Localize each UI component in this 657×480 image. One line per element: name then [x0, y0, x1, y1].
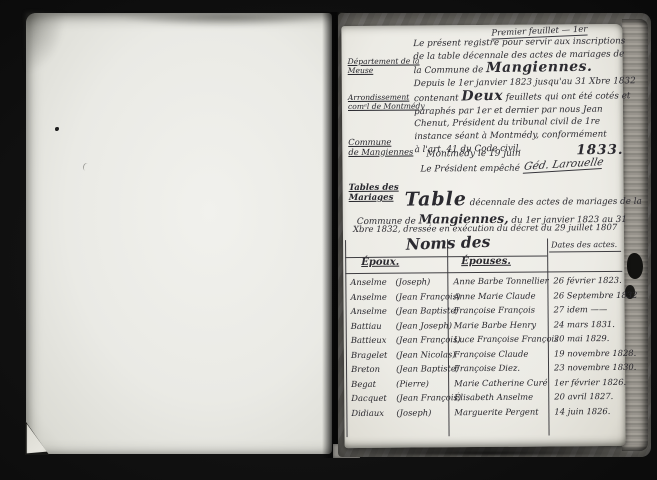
- husband-givenname: (Jean François): [395, 291, 460, 302]
- pencil-mark: [82, 162, 91, 172]
- wife-name: Élisabeth Anselme: [454, 392, 533, 403]
- table-word-large: Table: [405, 188, 467, 210]
- wife-name: Anne Marie Claude: [453, 290, 535, 301]
- husband-surname: Begat: [351, 379, 395, 389]
- wife-name: Anne Barbe Tonnellier: [453, 275, 548, 286]
- president-signature: Géd. Larouelle: [523, 156, 605, 174]
- marriage-date: 26 Septembre 1832: [553, 289, 637, 300]
- table-header-rule: [549, 251, 621, 253]
- husband-surname: Dacquet: [351, 393, 395, 403]
- column-header-epouses: Épouses.: [461, 256, 511, 267]
- marriage-date: 19 novembre 1828.: [554, 348, 636, 359]
- husband-surname: Battieux: [351, 335, 395, 345]
- folded-corner: [25, 413, 69, 455]
- folio-count-large: Deux: [461, 88, 503, 105]
- column-header-dates: Dates des actes.: [551, 240, 617, 250]
- husband-givenname: (Jean Baptiste): [396, 305, 459, 315]
- husband-givenname: (Jean Joseph): [396, 320, 452, 330]
- wife-name: Marguerite Pergent: [454, 406, 538, 417]
- group-header-noms-des: Noms des: [373, 231, 524, 255]
- wife-name: Luce Françoise François: [454, 334, 559, 345]
- marriage-date: 26 février 1823.: [553, 275, 621, 286]
- marriage-date: 14 juin 1826.: [554, 406, 610, 416]
- wife-name: Marie Catherine Curé: [454, 377, 548, 388]
- husband-surname: Battiau: [351, 320, 395, 330]
- husband-givenname: (Jean François): [396, 334, 461, 345]
- husband-givenname: (Pierre): [396, 378, 429, 388]
- table-row: Didiaux (Joseph) Marguerite Pergent 14 j…: [344, 406, 625, 423]
- marriage-date: 20 mai 1829.: [554, 333, 610, 343]
- dateline: Montmédy le 19 juin: [426, 149, 520, 160]
- decennial-marriage-table: Noms des Dates des actes. Époux. Épouses…: [343, 238, 626, 440]
- husband-surname: Breton: [351, 364, 395, 374]
- marriage-date: 23 novembre 1830.: [554, 362, 636, 373]
- husband-surname: Bragelet: [351, 349, 395, 359]
- column-header-epoux: Époux.: [361, 257, 399, 268]
- husband-givenname: (Jean François): [396, 393, 461, 404]
- table-rows: Anselme (Joseph) Anne Barbe Tonnellier 2…: [343, 275, 625, 423]
- marriage-date: 1er février 1826.: [554, 377, 626, 388]
- marriage-date: 24 mars 1831.: [554, 319, 615, 329]
- table-title-line1: Table décennale des actes de mariages de…: [405, 187, 642, 211]
- marriage-date: 27 idem ——: [554, 304, 608, 314]
- commune-name-large: Mangiennes.: [486, 59, 592, 76]
- husband-surname: Anselme: [350, 277, 394, 287]
- marriage-date: 20 avril 1827.: [554, 391, 613, 401]
- table-header-rule: [345, 271, 622, 274]
- wife-name: Françoise Claude: [454, 348, 528, 359]
- wife-name: Françoise Diez.: [454, 363, 520, 374]
- ink-blot: [627, 253, 643, 279]
- page-smudge: [26, 13, 66, 73]
- page-smudge: [116, 15, 336, 27]
- husband-givenname: (Joseph): [396, 407, 431, 417]
- wife-name: Marie Barbe Henry: [454, 319, 536, 330]
- left-blank-page: [26, 13, 332, 454]
- husband-surname: Anselme: [351, 306, 395, 316]
- signature-label: Le Président empêché: [420, 164, 520, 175]
- right-written-page: Premier feuillet — 1er Département de la…: [341, 24, 625, 448]
- preamble-text: Le présent registre pour servir aux insc…: [413, 35, 623, 156]
- scanned-register-photo: Premier feuillet — 1er Département de la…: [0, 0, 657, 480]
- wife-name: Françoise François: [454, 305, 536, 316]
- husband-surname: Didiaux: [351, 408, 395, 418]
- ink-dot: [55, 127, 59, 131]
- husband-givenname: (Jean Nicolas): [396, 349, 456, 359]
- husband-givenname: (Joseph): [395, 276, 430, 286]
- husband-givenname: (Jean Baptiste): [396, 363, 459, 373]
- husband-surname: Anselme: [350, 291, 394, 301]
